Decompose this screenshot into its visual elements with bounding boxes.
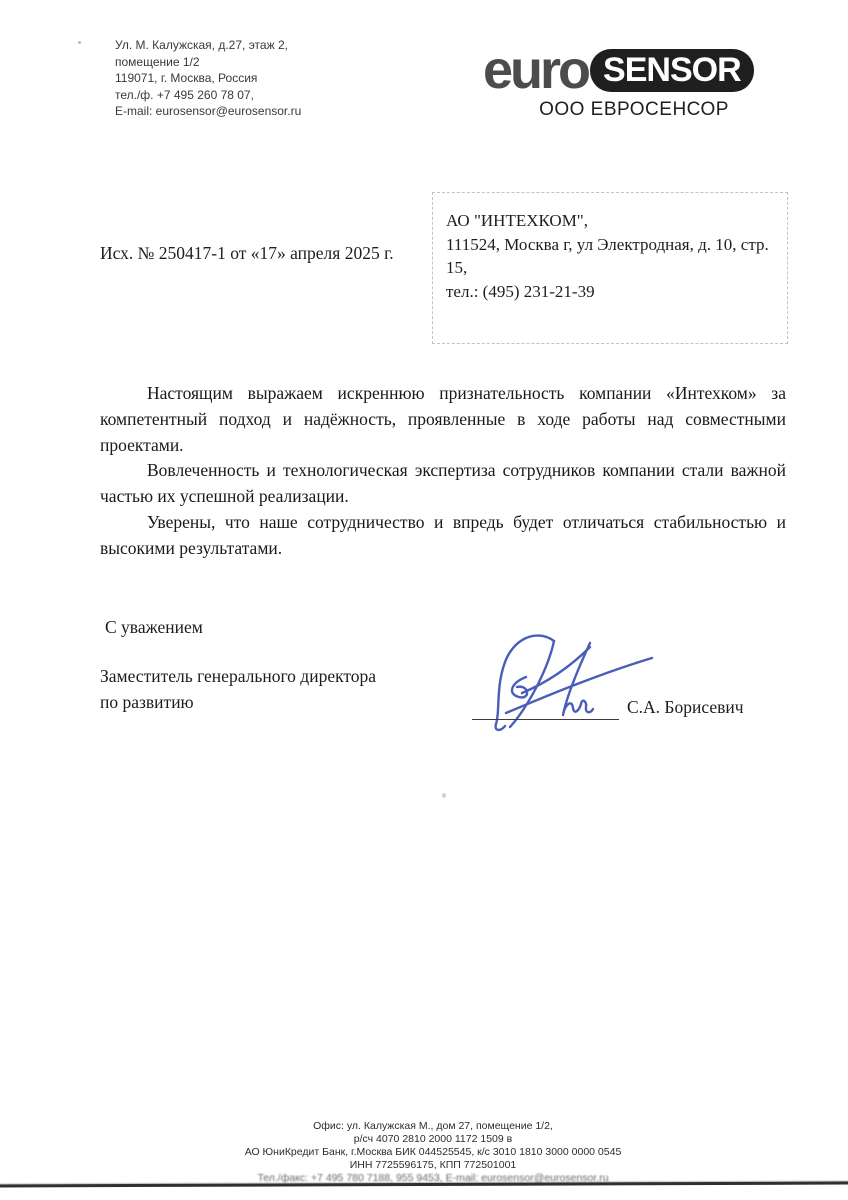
footer-inn-line: ИНН 7725596175, КПП 772501001 bbox=[63, 1159, 803, 1172]
footer-requisites: Офис: ул. Калужская М., дом 27, помещени… bbox=[63, 1120, 803, 1185]
eurosensor-logo: euro SENSOR bbox=[483, 44, 785, 96]
sender-address-line: помещение 1/2 bbox=[115, 54, 301, 71]
logo-sensor-capsule: SENSOR bbox=[590, 49, 754, 92]
sender-address-block: Ул. М. Калужская, д.27, этаж 2, помещени… bbox=[115, 37, 301, 120]
closing-salutation: С уважением bbox=[105, 617, 203, 638]
outgoing-reference: Исх. № 250417-1 от «17» апреля 2025 г. bbox=[100, 243, 394, 264]
logo-sensor-text: SENSOR bbox=[603, 53, 741, 87]
sender-address-line: Ул. М. Калужская, д.27, этаж 2, bbox=[115, 37, 301, 54]
recipient-phone: тел.: (495) 231-21-39 bbox=[446, 280, 777, 304]
scan-speck bbox=[442, 793, 446, 798]
signature-line bbox=[472, 719, 619, 720]
body-paragraph: Настоящим выражаем искреннюю признательн… bbox=[100, 381, 786, 458]
footer-bank-line: АО ЮниКредит Банк, г.Москва БИК 04452554… bbox=[63, 1146, 803, 1159]
handwritten-signature bbox=[466, 627, 656, 742]
signer-name: С.А. Борисевич bbox=[627, 697, 744, 718]
footer-office-line: Офис: ул. Калужская М., дом 27, помещени… bbox=[63, 1120, 803, 1133]
scan-speck bbox=[78, 41, 81, 44]
signer-title-line2: по развитию bbox=[100, 692, 194, 713]
recipient-name: АО "ИНТЕХКОМ", bbox=[446, 209, 777, 233]
recipient-address-box: АО "ИНТЕХКОМ", 111524, Москва г, ул Элек… bbox=[432, 192, 788, 344]
scanned-letter-page: Ул. М. Калужская, д.27, этаж 2, помещени… bbox=[0, 0, 848, 1200]
sender-email-line: E-mail: eurosensor@eurosensor.ru bbox=[115, 103, 301, 120]
logo-euro-text: euro bbox=[483, 45, 588, 95]
body-paragraph: Вовлеченность и технологическая эксперти… bbox=[100, 458, 786, 510]
letter-body: Настоящим выражаем искреннюю признательн… bbox=[100, 381, 786, 562]
body-paragraph: Уверены, что наше сотрудничество и впред… bbox=[100, 510, 786, 562]
company-name: ООО ЕВРОСЕНСОР bbox=[483, 99, 785, 121]
sender-phone-line: тел./ф. +7 495 260 78 07, bbox=[115, 87, 301, 104]
signer-title-line1: Заместитель генерального директора bbox=[100, 666, 376, 687]
sender-address-line: 119071, г. Москва, Россия bbox=[115, 70, 301, 87]
footer-account-line: р/сч 4070 2810 2000 1172 1509 в bbox=[63, 1133, 803, 1146]
recipient-address: 111524, Москва г, ул Электродная, д. 10,… bbox=[446, 233, 777, 280]
